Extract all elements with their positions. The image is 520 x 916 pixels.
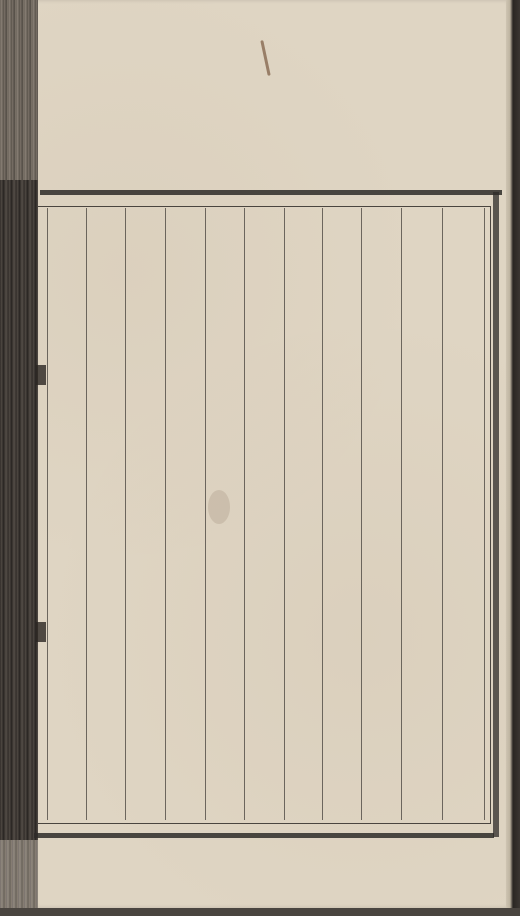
column-rule-line [322,208,323,820]
column-rule-line [244,208,245,820]
column-rule-line [86,208,87,820]
column-rule-line [484,208,485,820]
book-spine-bottom [0,840,38,910]
scan-bottom-edge [0,908,520,916]
column-rule-line [284,208,285,820]
edge-ink-mark [36,622,46,642]
column-rule-line [125,208,126,820]
column-rule-line [205,208,206,820]
next-page-edge [506,0,520,916]
column-rule-line [361,208,362,820]
inner-frame [38,206,491,824]
column-rule-line [401,208,402,820]
column-rule-line [47,208,48,820]
book-scan [0,0,520,916]
column-rule-line [165,208,166,820]
book-spine-shadow [0,180,38,840]
outer-border-right [493,192,499,837]
column-rule-line [442,208,443,820]
edge-ink-mark [36,365,46,385]
outer-border-top [40,190,502,195]
outer-border-bottom [34,833,494,838]
paper-stain [208,490,230,524]
